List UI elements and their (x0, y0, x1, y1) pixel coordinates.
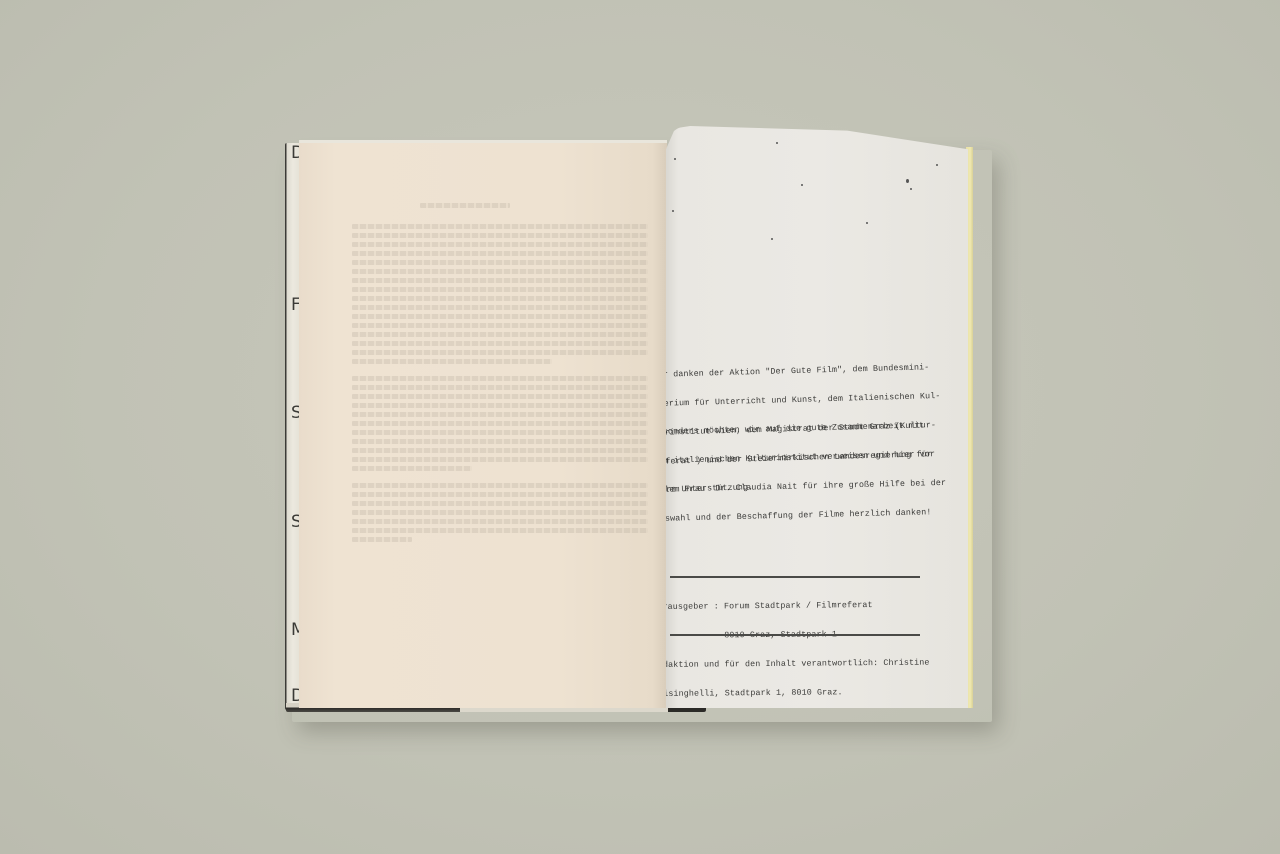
imprint-bottom-rule (670, 634, 920, 636)
imprint-top-rule (670, 576, 920, 578)
imprint-block: Herausgeber : Forum Stadtpark / Filmrefe… (666, 581, 940, 708)
paper-speck (771, 238, 773, 240)
paper-speck (866, 222, 868, 224)
paper-speck (906, 179, 909, 183)
paper-speck (776, 142, 778, 144)
paper-speck (801, 184, 803, 186)
thanks-paragraph: Besonders möchten wir auf die gute Zusam… (666, 402, 947, 543)
paper-speck (672, 210, 674, 212)
right-page[interactable]: Wir danken der Aktion "Der Gute Film", d… (666, 126, 968, 708)
paper-speck (936, 164, 938, 166)
paper-speck (674, 158, 676, 160)
paper-speck (910, 188, 912, 190)
